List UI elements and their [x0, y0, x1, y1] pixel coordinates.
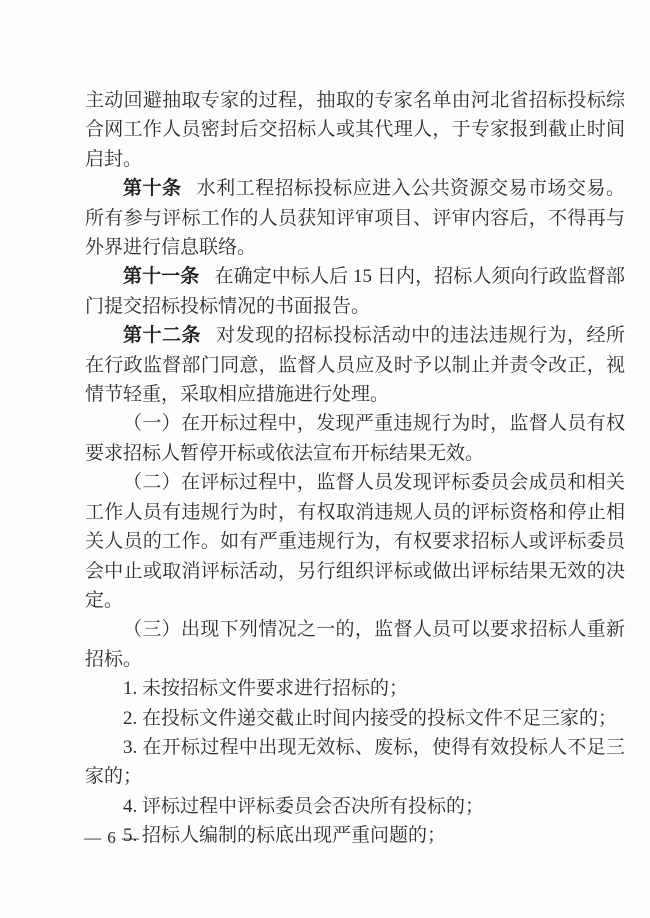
page-number: — 6 — — [84, 826, 140, 850]
document-page: 主动回避抽取专家的过程，抽取的专家名单由河北省招标投标综合网工作人员密封后交招标… — [0, 0, 650, 918]
paragraph-article-10: 第十条水利工程招标投标应进入公共资源交易市场交易。所有参与评标工作的人员获知评审… — [85, 174, 625, 262]
list-item-5: 5. 招标人编制的标底出现严重问题的； — [85, 821, 625, 850]
paragraph-clause-2: （二）在评标过程中，监督人员发现评标委员会成员和相关工作人员有违规行为时，有权取… — [85, 468, 625, 615]
article-number: 第十条 — [123, 178, 181, 199]
paragraph-clause-3: （三）出现下列情况之一的，监督人员可以要求招标人重新招标。 — [85, 615, 625, 674]
document-body: 主动回避抽取专家的过程，抽取的专家名单由河北省招标投标综合网工作人员密封后交招标… — [85, 86, 625, 851]
list-item-2: 2. 在投标文件递交截止时间内接受的投标文件不足三家的； — [85, 704, 625, 733]
article-number: 第十二条 — [123, 325, 201, 346]
list-item-3: 3. 在开标过程中出现无效标、废标，使得有效投标人不足三家的； — [85, 733, 625, 792]
list-item-4: 4. 评标过程中评标委员会否决所有投标的； — [85, 792, 625, 821]
article-number: 第十一条 — [123, 266, 199, 287]
paragraph-article-12: 第十二条对发现的招标投标活动中的违法违规行为，经所在行政监督部门同意，监督人员应… — [85, 321, 625, 409]
paragraph-clause-1: （一）在开标过程中，发现严重违规行为时，监督人员有权要求招标人暂停开标或依法宣布… — [85, 409, 625, 468]
paragraph-continuation: 主动回避抽取专家的过程，抽取的专家名单由河北省招标投标综合网工作人员密封后交招标… — [85, 86, 625, 174]
list-item-1: 1. 未按招标文件要求进行招标的； — [85, 674, 625, 703]
paragraph-article-11: 第十一条在确定中标人后 15 日内，招标人须向行政监督部门提交招标投标情况的书面… — [85, 262, 625, 321]
